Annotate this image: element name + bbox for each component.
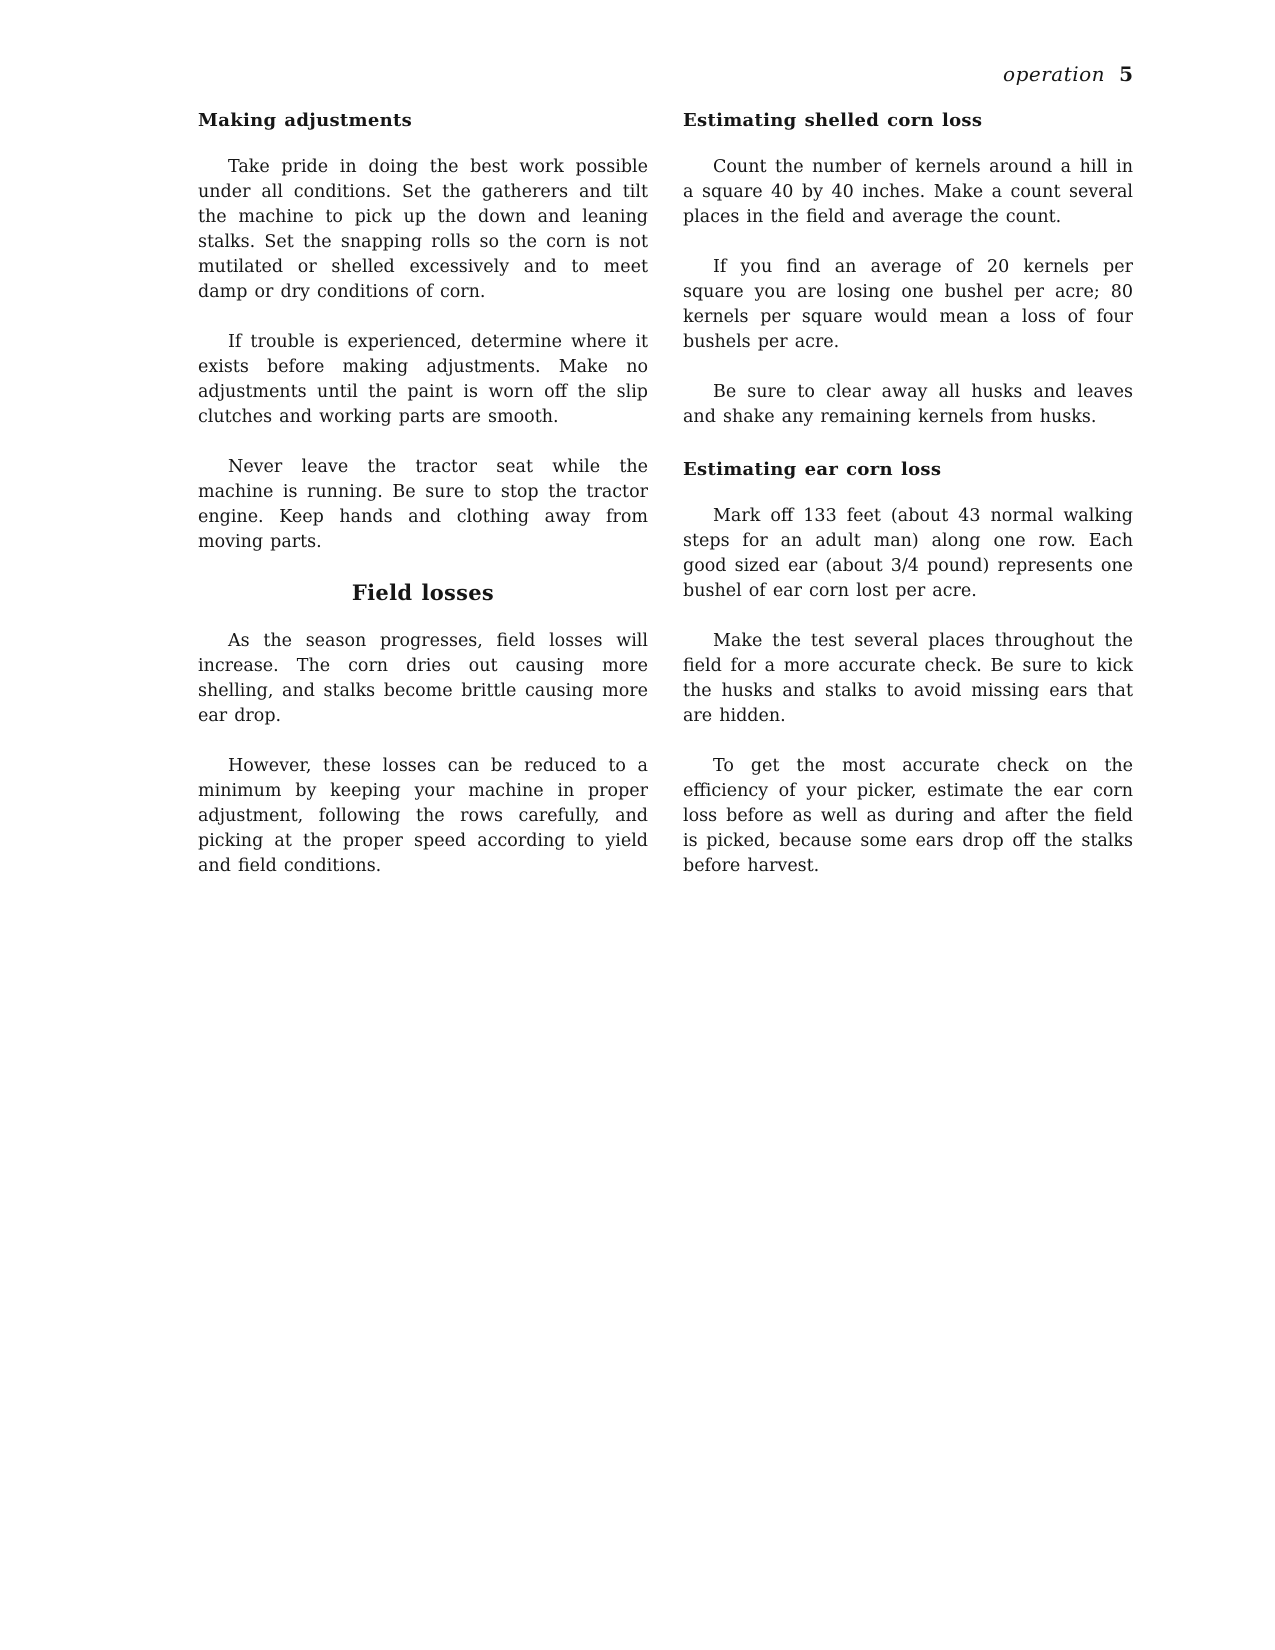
paragraph: If you find an average of 20 kernels per… <box>683 255 1133 355</box>
heading-estimating-ear-corn-loss: Estimating ear corn loss <box>683 457 1133 482</box>
heading-field-losses: Field losses <box>198 580 648 605</box>
running-title: operation <box>1003 62 1105 86</box>
left-column: Making adjustments Take pride in doing t… <box>198 108 648 879</box>
paragraph: However, these losses can be reduced to … <box>198 754 648 879</box>
right-column: Estimating shelled corn loss Count the n… <box>683 108 1133 879</box>
two-column-layout: Making adjustments Take pride in doing t… <box>198 108 1133 879</box>
paragraph: Mark off 133 feet (about 43 normal walki… <box>683 504 1133 604</box>
running-head: operation5 <box>1003 62 1133 86</box>
page-number: 5 <box>1119 62 1133 86</box>
heading-making-adjustments: Making adjustments <box>198 108 648 133</box>
paragraph: Count the number of kernels around a hil… <box>683 155 1133 230</box>
paragraph: To get the most accurate check on the ef… <box>683 754 1133 879</box>
paragraph: Make the test several places throughout … <box>683 629 1133 729</box>
paragraph: Never leave the tractor seat while the m… <box>198 455 648 555</box>
paragraph: Be sure to clear away all husks and leav… <box>683 380 1133 430</box>
manual-page: operation5 Making adjustments Take pride… <box>0 0 1275 1650</box>
paragraph: As the season progresses, field losses w… <box>198 629 648 729</box>
paragraph: Take pride in doing the best work possib… <box>198 155 648 305</box>
paragraph: If trouble is experienced, determine whe… <box>198 330 648 430</box>
heading-estimating-shelled-corn-loss: Estimating shelled corn loss <box>683 108 1133 133</box>
